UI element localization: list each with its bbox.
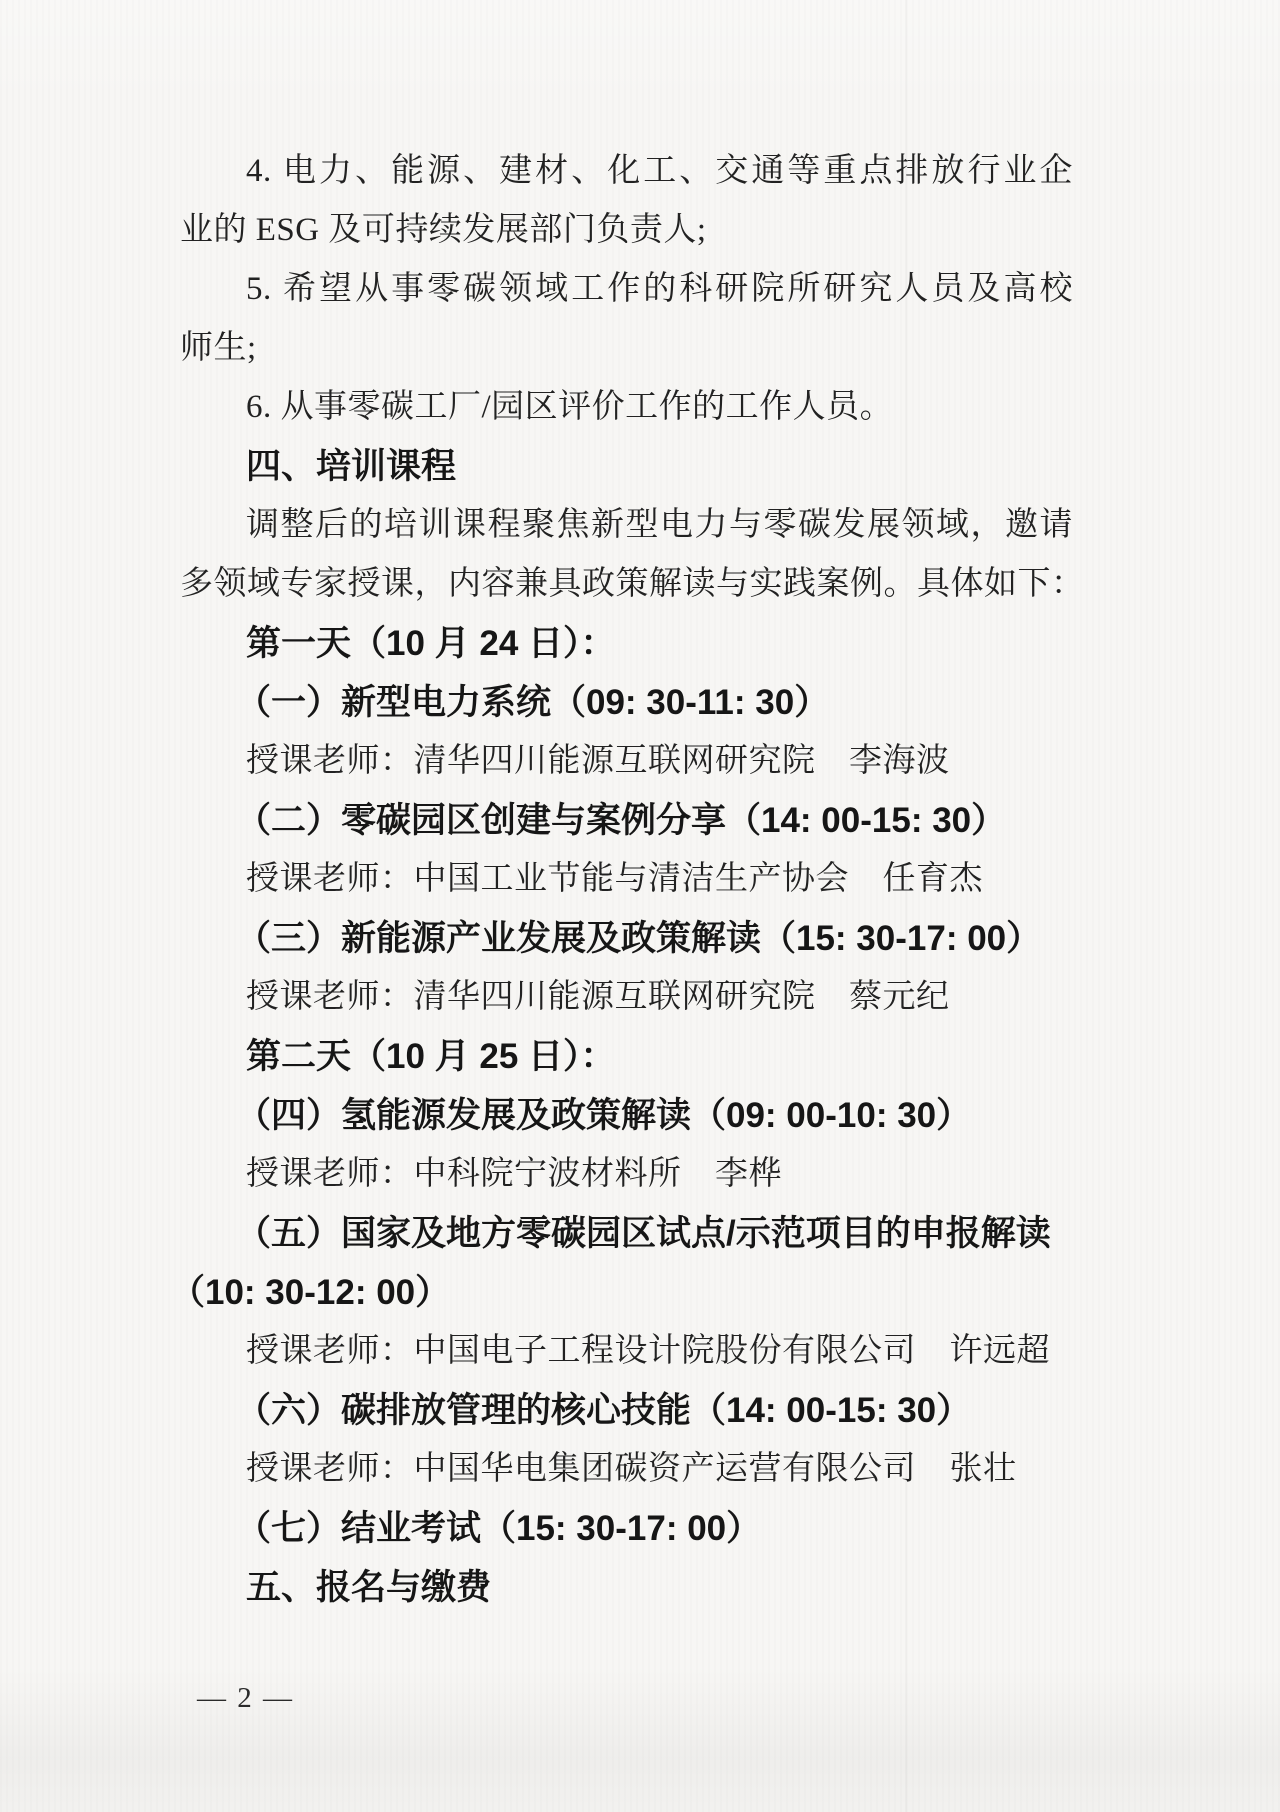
section-4-heading: 四、培训课程 [180, 437, 1073, 496]
audience-item-4-line-1: 4. 电力、能源、建材、化工、交通等重点排放行业企 [180, 142, 1073, 201]
course-2-teacher: 授课老师：中国工业节能与清洁生产协会 任育杰 [180, 850, 1073, 909]
section-4-intro-line-1: 调整后的培训课程聚焦新型电力与零碳发展领域，邀请 [180, 496, 1073, 555]
day-1-heading: 第一天（10 月 24 日）： [180, 614, 1073, 673]
course-3-teacher: 授课老师：清华四川能源互联网研究院 蔡元纪 [180, 968, 1073, 1027]
course-5-teacher: 授课老师：中国电子工程设计院股份有限公司 许远超 [180, 1322, 1073, 1381]
course-6-title: （六）碳排放管理的核心技能（14: 00-15: 30） [180, 1381, 1073, 1440]
course-1-teacher: 授课老师：清华四川能源互联网研究院 李海波 [180, 732, 1073, 791]
audience-item-4-line-2: 业的 ESG 及可持续发展部门负责人; [180, 201, 1073, 260]
scanned-document-page: 4. 电力、能源、建材、化工、交通等重点排放行业企 业的 ESG 及可持续发展部… [0, 0, 1280, 1812]
course-4-teacher: 授课老师：中科院宁波材料所 李桦 [180, 1145, 1073, 1204]
course-2-title: （二）零碳园区创建与案例分享（14: 00-15: 30） [180, 791, 1073, 850]
course-6-teacher: 授课老师：中国华电集团碳资产运营有限公司 张壮 [180, 1440, 1073, 1499]
course-3-title: （三）新能源产业发展及政策解读（15: 30-17: 00） [180, 909, 1073, 968]
section-4-intro-line-2: 多领域专家授课，内容兼具政策解读与实践案例。具体如下： [180, 555, 1073, 614]
course-7-title: （七）结业考试（15: 30-17: 00） [180, 1499, 1073, 1558]
document-body: 4. 电力、能源、建材、化工、交通等重点排放行业企 业的 ESG 及可持续发展部… [180, 142, 1073, 1617]
audience-item-5-line-2: 师生; [180, 319, 1073, 378]
page-number: — 2 — [197, 1678, 294, 1718]
course-4-title: （四）氢能源发展及政策解读（09: 00-10: 30） [180, 1086, 1073, 1145]
audience-item-5-line-1: 5. 希望从事零碳领域工作的科研院所研究人员及高校 [180, 260, 1073, 319]
course-5-title-line-1: （五）国家及地方零碳园区试点/示范项目的申报解读 [180, 1204, 1073, 1263]
section-5-heading: 五、报名与缴费 [180, 1558, 1073, 1617]
course-5-title-line-2: （10: 30-12: 00） [170, 1263, 1073, 1322]
audience-item-6: 6. 从事零碳工厂/园区评价工作的工作人员。 [180, 378, 1073, 437]
course-1-title: （一）新型电力系统（09: 30-11: 30） [180, 673, 1073, 732]
day-2-heading: 第二天（10 月 25 日）： [180, 1027, 1073, 1086]
